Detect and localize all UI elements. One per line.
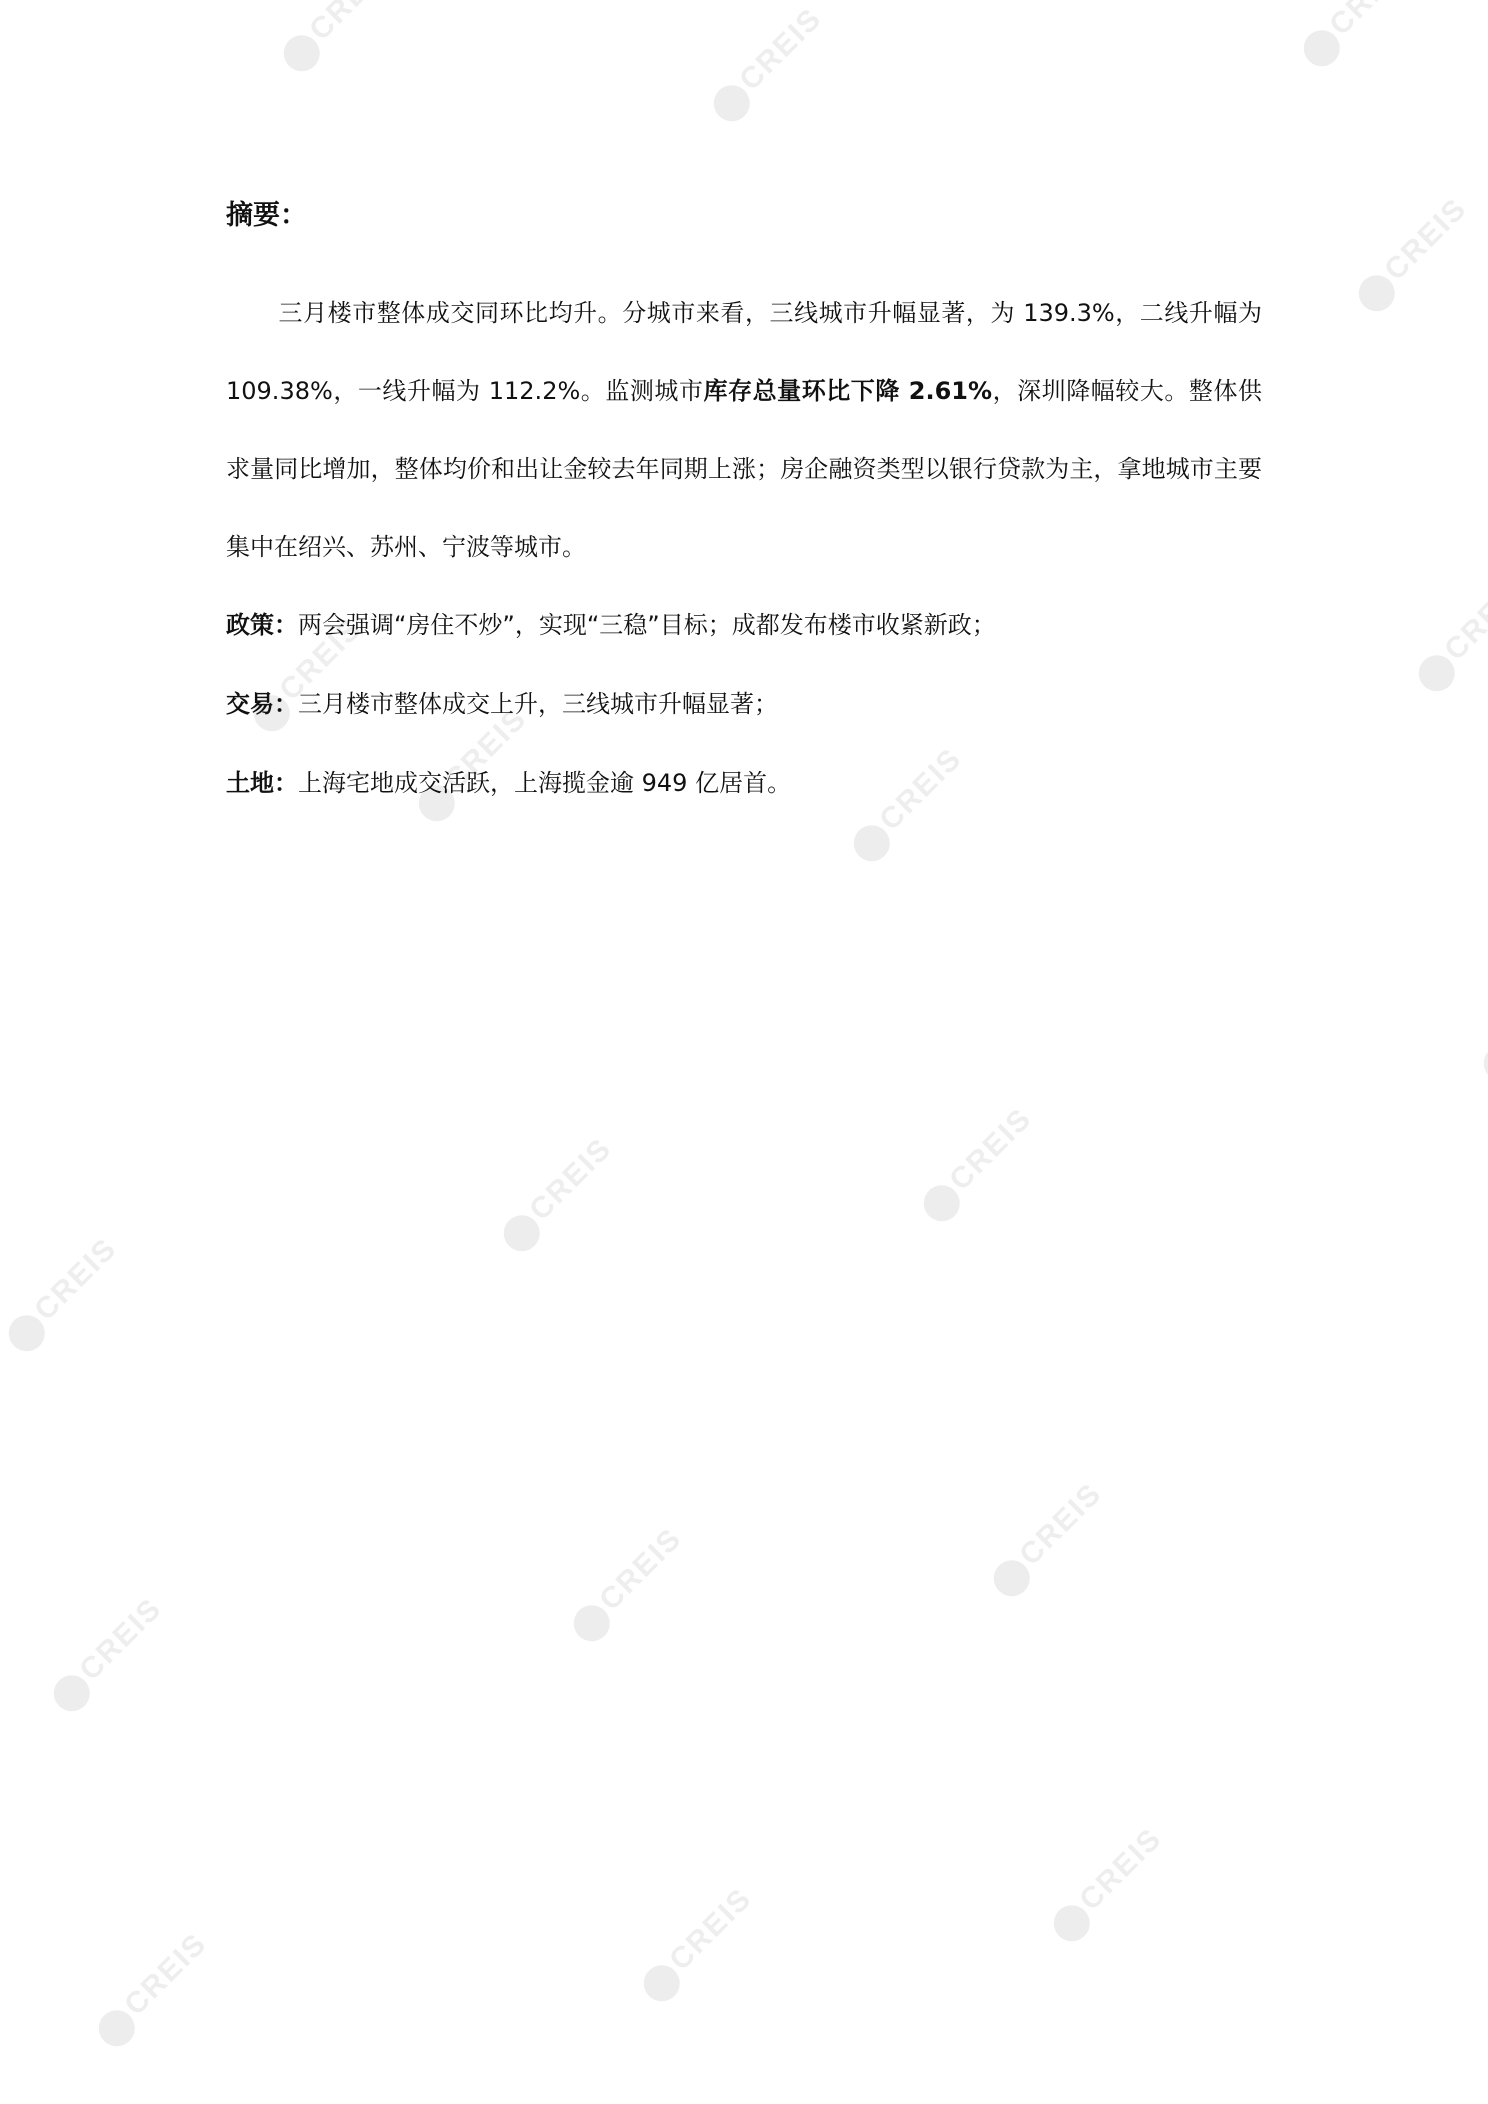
item-text: 上海宅地成交活跃，上海揽金逾 949 亿居首。 xyxy=(298,769,791,797)
watermark-logo-icon xyxy=(1411,648,1462,699)
watermark: CREIS xyxy=(1038,1823,1172,1957)
watermark: CREIS xyxy=(38,1593,172,1727)
watermark: CREIS xyxy=(978,1478,1112,1612)
summary-item-transaction: 交易：三月楼市整体成交上升，三线城市升幅显著； xyxy=(226,665,1262,744)
watermark: CREIS xyxy=(628,1883,762,2017)
summary-section: 摘要： 三月楼市整体成交同环比均升。分城市来看，三线城市升幅显著，为 139.3… xyxy=(226,196,1262,823)
watermark-logo-icon xyxy=(1046,1898,1097,1949)
watermark-logo-icon xyxy=(1296,23,1347,74)
summary-paragraph: 三月楼市整体成交同环比均升。分城市来看，三线城市升幅显著，为 139.3%，二线… xyxy=(226,274,1262,586)
watermark-text: CREIS xyxy=(1378,192,1474,288)
watermark-text: CREIS xyxy=(1073,1822,1169,1918)
watermark-logo-icon xyxy=(1476,1038,1488,1089)
watermark: CREIS xyxy=(83,1928,217,2062)
item-label: 交易： xyxy=(226,690,298,718)
watermark-text: CREIS xyxy=(1323,0,1419,43)
watermark-logo-icon xyxy=(846,818,897,869)
watermark-logo-icon xyxy=(91,2003,142,2054)
watermark-logo-icon xyxy=(986,1553,1037,1604)
watermark: CREIS xyxy=(908,1103,1042,1237)
watermark: CREIS xyxy=(558,1523,692,1657)
watermark-text: CREIS xyxy=(118,1927,214,2023)
watermark-logo-icon xyxy=(706,78,757,129)
watermark: CREIS xyxy=(1288,0,1422,82)
item-text: 三月楼市整体成交上升，三线城市升幅显著； xyxy=(298,690,778,718)
summary-item-policy: 政策：两会强调“房住不炒”，实现“三稳”目标；成都发布楼市收紧新政； xyxy=(226,586,1262,665)
watermark-text: CREIS xyxy=(943,1102,1039,1198)
watermark: CREIS xyxy=(698,3,832,137)
item-label: 政策： xyxy=(226,611,298,639)
summary-item-land: 土地：上海宅地成交活跃，上海揽金逾 949 亿居首。 xyxy=(226,744,1262,823)
watermark: CREIS xyxy=(488,1133,622,1267)
watermark-logo-icon xyxy=(566,1598,617,1649)
watermark: CREIS xyxy=(0,1233,127,1367)
watermark-text: CREIS xyxy=(1013,1477,1109,1573)
paragraph-bold-highlight: 库存总量环比下降 2.61% xyxy=(704,377,993,405)
item-label: 土地： xyxy=(226,769,298,797)
watermark-logo-icon xyxy=(276,28,327,79)
watermark-text: CREIS xyxy=(523,1132,619,1228)
item-text: 两会强调“房住不炒”，实现“三稳”目标；成都发布楼市收紧新政； xyxy=(298,611,996,639)
watermark-logo-icon xyxy=(46,1668,97,1719)
watermark-logo-icon xyxy=(1,1308,52,1359)
watermark-logo-icon xyxy=(636,1958,687,2009)
watermark: CREIS xyxy=(1343,193,1477,327)
watermark: CREIS xyxy=(1403,573,1488,707)
watermark-text: CREIS xyxy=(1438,572,1488,668)
watermark-text: CREIS xyxy=(73,1592,169,1688)
watermark: CREIS xyxy=(268,0,402,87)
summary-title: 摘要： xyxy=(226,196,1262,236)
watermark-text: CREIS xyxy=(593,1522,689,1618)
watermark-logo-icon xyxy=(916,1178,967,1229)
watermark-logo-icon xyxy=(496,1208,547,1259)
watermark-text: CREIS xyxy=(663,1882,759,1978)
watermark-logo-icon xyxy=(1351,268,1402,319)
watermark-text: CREIS xyxy=(303,0,399,48)
watermark-text: CREIS xyxy=(733,2,829,98)
watermark: CREIS xyxy=(1468,963,1488,1097)
watermark-text: CREIS xyxy=(28,1232,124,1328)
